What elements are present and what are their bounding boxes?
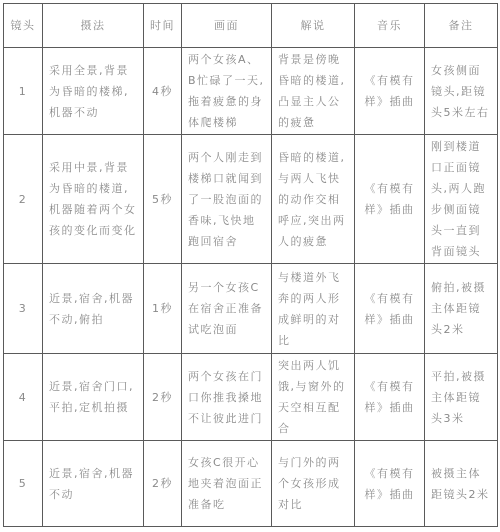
cell-scene: 两个女孩在门口你推我搡地不让彼此进门	[182, 354, 272, 441]
cell-narration: 背景是傍晚昏暗的楼道,凸显主人公的疲惫	[272, 48, 355, 135]
cell-narration: 与门外的两个女孩形成对比	[272, 441, 355, 527]
cell-technique: 近景,宿舍,机器不动	[43, 441, 144, 527]
cell-notes: 被摄主体距镜头2米	[425, 441, 498, 527]
cell-narration: 昏暗的楼道,与两人飞快的动作交相呼应,突出两人的疲惫	[272, 135, 355, 264]
cell-notes: 俯拍,被摄主体距镜头2米	[425, 264, 498, 354]
header-technique: 摄法	[43, 4, 144, 48]
table-row: 3 近景,宿舍,机器不动,俯拍 1秒 另一个女孩C在宿舍正准备试吃泡面 与楼道外…	[4, 264, 498, 354]
table-row: 4 近景,宿舍门口,平拍,定机拍摄 2秒 两个女孩在门口你推我搡地不让彼此进门 …	[4, 354, 498, 441]
cell-narration: 突出两人饥饿,与窗外的天空相互配合	[272, 354, 355, 441]
cell-time: 5秒	[144, 135, 182, 264]
table-row: 2 采用中景,背景为昏暗的楼道,机器随着两个女孩的变化而变化 5秒 两个人刚走到…	[4, 135, 498, 264]
table-row: 1 采用全景,背景为昏暗的楼梯,机器不动 4秒 两个女孩A、B忙碌了一天,拖着疲…	[4, 48, 498, 135]
header-scene: 画面	[182, 4, 272, 48]
cell-technique: 近景,宿舍,机器不动,俯拍	[43, 264, 144, 354]
storyboard-table: 镜头 摄法 时间 画面 解说 音乐 备注 1 采用全景,背景为昏暗的楼梯,机器不…	[3, 3, 498, 527]
cell-technique: 近景,宿舍门口,平拍,定机拍摄	[43, 354, 144, 441]
cell-music: 《有模有样》插曲	[355, 354, 425, 441]
header-time: 时间	[144, 4, 182, 48]
cell-time: 1秒	[144, 264, 182, 354]
cell-music: 《有模有样》插曲	[355, 264, 425, 354]
cell-scene: 女孩C很开心地夹着泡面正准备吃	[182, 441, 272, 527]
cell-technique: 采用全景,背景为昏暗的楼梯,机器不动	[43, 48, 144, 135]
cell-shot: 2	[4, 135, 43, 264]
header-notes: 备注	[425, 4, 498, 48]
cell-shot: 4	[4, 354, 43, 441]
cell-shot: 1	[4, 48, 43, 135]
cell-scene: 两个女孩A、B忙碌了一天,拖着疲惫的身体爬楼梯	[182, 48, 272, 135]
cell-technique: 采用中景,背景为昏暗的楼道,机器随着两个女孩的变化而变化	[43, 135, 144, 264]
header-narration: 解说	[272, 4, 355, 48]
cell-time: 2秒	[144, 354, 182, 441]
header-music: 音乐	[355, 4, 425, 48]
cell-narration: 与楼道外飞奔的两人形成鲜明的对比	[272, 264, 355, 354]
table-row: 5 近景,宿舍,机器不动 2秒 女孩C很开心地夹着泡面正准备吃 与门外的两个女孩…	[4, 441, 498, 527]
cell-scene: 另一个女孩C在宿舍正准备试吃泡面	[182, 264, 272, 354]
cell-notes: 刚到楼道口正面镜头,两人跑步侧面镜头一直到背面镜头	[425, 135, 498, 264]
header-shot: 镜头	[4, 4, 43, 48]
cell-time: 4秒	[144, 48, 182, 135]
header-row: 镜头 摄法 时间 画面 解说 音乐 备注	[4, 4, 498, 48]
cell-scene: 两个人刚走到楼梯口就闻到了一股泡面的香味,飞快地跑回宿舍	[182, 135, 272, 264]
cell-music: 《有模有样》插曲	[355, 135, 425, 264]
cell-notes: 平拍,被摄主体距镜头3米	[425, 354, 498, 441]
cell-music: 《有模有样》插曲	[355, 48, 425, 135]
cell-music: 《有模有样》插曲	[355, 441, 425, 527]
cell-shot: 3	[4, 264, 43, 354]
cell-time: 2秒	[144, 441, 182, 527]
cell-shot: 5	[4, 441, 43, 527]
cell-notes: 女孩侧面镜头,距镜头5米左右	[425, 48, 498, 135]
